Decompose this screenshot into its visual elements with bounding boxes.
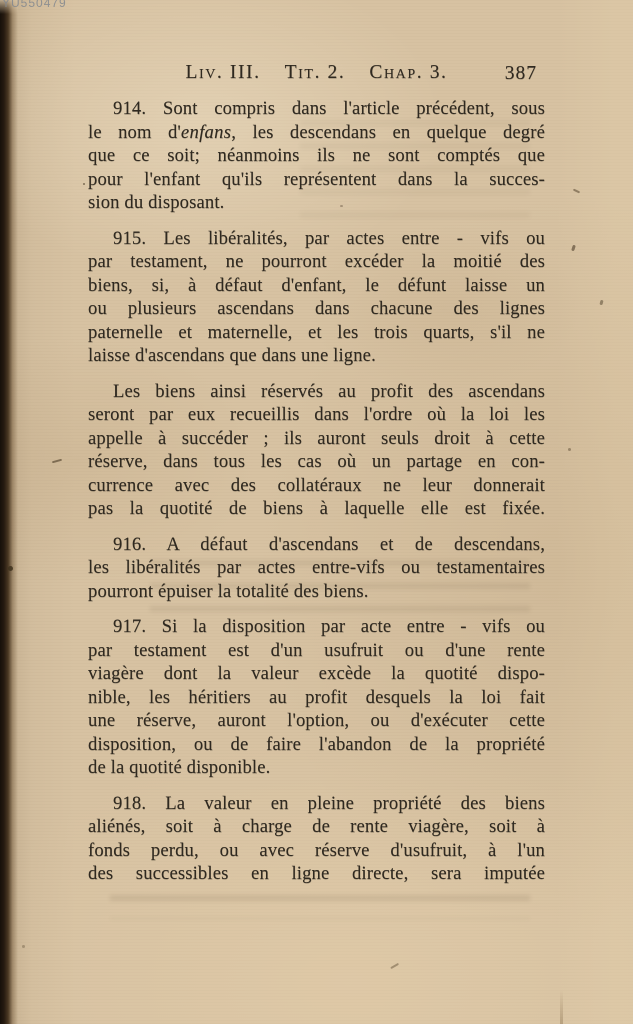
text-line: par testament est d'un usufruit ou d'une…	[88, 639, 545, 663]
header-book: Liv. III.	[185, 62, 260, 84]
text-line: biens, si, à défaut d'enfant, le défunt …	[88, 274, 545, 298]
text-line: fonds perdu, ou avec réserve d'usufruit,…	[88, 839, 545, 863]
library-stamp: YU550479	[2, 0, 67, 10]
paragraph: 916. A défaut d'ascendans et de descenda…	[88, 533, 545, 604]
text-line: paternelle et maternelle, et les trois q…	[88, 321, 545, 345]
text-line: une réserve, auront l'option, ou d'exécu…	[88, 709, 545, 733]
paper-speck	[571, 245, 576, 252]
paper-speck	[599, 300, 603, 306]
showthrough-smudge	[110, 895, 530, 919]
book-page-scan: YU550479 Liv. III. Tit. 2. Chap. 3. 387 …	[0, 0, 633, 1024]
text-line: des successibles en ligne directe, sera …	[88, 862, 545, 886]
header-chapter: Chap. 3.	[369, 62, 447, 84]
text-line: 916. A défaut d'ascendans et de descenda…	[88, 533, 545, 557]
text-line: ou plusieurs ascendans dans chacune des …	[88, 297, 545, 321]
paragraph: 914. Sont compris dans l'article précéde…	[88, 97, 545, 215]
text-line: disposition, ou de faire l'abandon de la…	[88, 733, 545, 757]
paper-speck	[22, 945, 25, 948]
text-line: pas la quotité de biens à laquelle elle …	[88, 497, 545, 521]
text-line: aliénés, soit à charge de rente viagère,…	[88, 815, 545, 839]
text-line: réserve, dans tous les cas où un partage…	[88, 450, 545, 474]
paper-mark	[52, 459, 62, 464]
text-block: 914. Sont compris dans l'article précéde…	[88, 97, 545, 886]
text-line: appelle à succéder ; ils auront seuls dr…	[88, 427, 545, 451]
text-line: sion du disposant.	[88, 191, 545, 215]
text-line: 918. La valeur en pleine propriété des b…	[88, 792, 545, 816]
paragraph: Les biens ainsi réservés au profit des a…	[88, 380, 545, 521]
text-line: que ce soit; néanmoins ils ne sont compt…	[88, 144, 545, 168]
text-line: pour l'enfant qu'ils représentent dans l…	[88, 168, 545, 192]
paper-speck	[8, 566, 13, 571]
paper-mark	[573, 189, 580, 194]
paper-speck	[83, 183, 85, 185]
text-line: seront par eux recueillis dans l'ordre o…	[88, 403, 545, 427]
text-line: Les biens ainsi réservés au profit des a…	[88, 380, 545, 404]
header-title-part: Tit. 2.	[285, 62, 346, 84]
text-line: 915. Les libéralités, par actes entre - …	[88, 227, 545, 251]
text-line: 914. Sont compris dans l'article précéde…	[88, 97, 545, 121]
text-line: viagère dont la valeur excède la quotité…	[88, 662, 545, 686]
text-line: de la quotité disponible.	[88, 756, 545, 780]
text-line: currence avec des collatéraux ne leur do…	[88, 474, 545, 498]
header-title: Liv. III. Tit. 2. Chap. 3.	[88, 62, 545, 84]
page-number: 387	[505, 63, 537, 85]
paragraph: 918. La valeur en pleine propriété des b…	[88, 792, 545, 886]
page-gutter-shadow	[0, 0, 18, 1024]
text-line: nible, les héritiers au profit desquels …	[88, 686, 545, 710]
text-line: pourront épuiser la totalité des biens.	[88, 580, 545, 604]
paragraph: 915. Les libéralités, par actes entre - …	[88, 227, 545, 368]
text-line: le nom d'enfans, les descendans en quelq…	[88, 121, 545, 145]
paper-mark	[390, 963, 399, 969]
text-line: 917. Si la disposition par acte entre - …	[88, 615, 545, 639]
page-edge-crease	[560, 990, 563, 1024]
paper-speck	[568, 448, 571, 451]
running-header: Liv. III. Tit. 2. Chap. 3. 387	[88, 62, 545, 88]
text-line: les libéralités par actes entre-vifs ou …	[88, 556, 545, 580]
text-line: par testament, ne pourront excéder la mo…	[88, 250, 545, 274]
text-line: laisse d'ascendans que dans une ligne.	[88, 344, 545, 368]
paragraph: 917. Si la disposition par acte entre - …	[88, 615, 545, 780]
